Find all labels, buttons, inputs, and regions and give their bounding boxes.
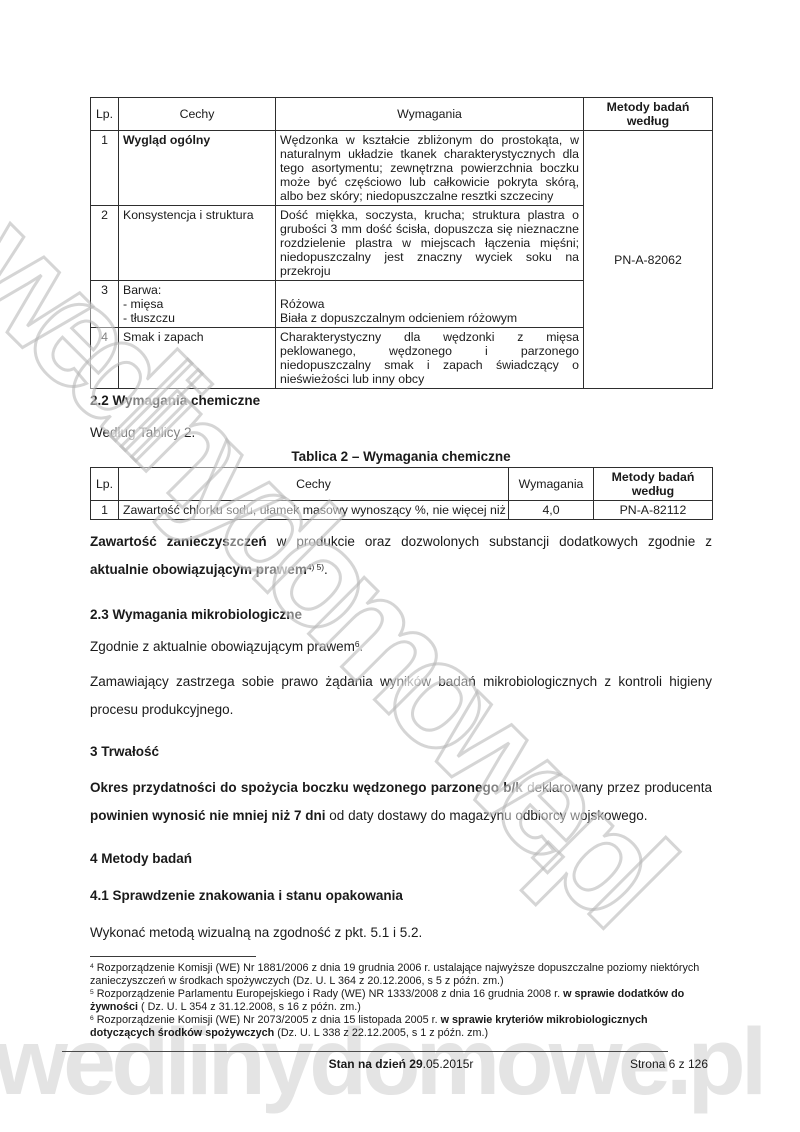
table1-row4-wymagania: Charakterystyczny dla wędzonki z mięsa p… — [276, 328, 584, 389]
table1-header-row: Lp. Cechy Wymagania Metody badań według — [91, 98, 713, 131]
heading-4: 4 Metody badań — [90, 851, 712, 866]
footnote-separator — [90, 956, 256, 957]
table1-header-wymagania: Wymagania — [276, 98, 584, 131]
heading-3: 3 Trwałość — [90, 744, 712, 759]
heading-4-1: 4.1 Sprawdzenie znakowania i stanu opako… — [90, 888, 712, 903]
heading-2-3: 2.3 Wymagania mikrobiologiczne — [90, 607, 712, 622]
requirements-table-2: Lp. Cechy Wymagania Metody badań według … — [90, 467, 713, 520]
table2-caption: Tablica 2 – Wymagania chemiczne — [90, 449, 712, 464]
table2-row1-cechy: Zawartość chlorku sodu, ułamek masowy wy… — [119, 501, 509, 520]
paragraph-zawartosc: Zawartość zanieczyszczeń w produkcie ora… — [90, 528, 712, 584]
table1-row2-cechy: Konsystencja i struktura — [119, 206, 276, 281]
table1-header-cechy: Cechy — [119, 98, 276, 131]
footer-status-date: Stan na dzień 29.05.2015r — [90, 1057, 712, 1071]
table2-header-wymagania: Wymagania — [509, 468, 594, 501]
footer-page-number: Strona 6 z 126 — [630, 1057, 708, 1071]
table2-header-cechy: Cechy — [119, 468, 509, 501]
paragraph-zgodnie: Zgodnie z aktualnie obowiązującym prawem… — [90, 639, 712, 654]
wedlug-tablicy-line: Według Tablicy 2. — [90, 425, 712, 440]
table2-row-1: 1 Zawartość chlorku sodu, ułamek masowy … — [91, 501, 713, 520]
footer-rule — [62, 1051, 668, 1052]
footnote-5: 5 Rozporządzenie Parlamentu Europejskieg… — [90, 988, 712, 1014]
footnote-6: 6 Rozporządzenie Komisji (WE) Nr 2073/20… — [90, 1014, 712, 1040]
table2-row1-metody: PN-A-82112 — [594, 501, 713, 520]
table1-header-lp: Lp. — [91, 98, 119, 131]
table1-row3-cechy: Barwa: - mięsa - tłuszczu — [119, 281, 276, 328]
requirements-table-1: Lp. Cechy Wymagania Metody badań według … — [90, 97, 713, 389]
paragraph-wykonac: Wykonać metodą wizualną na zgodność z pk… — [90, 925, 712, 940]
table1-row3-wymagania: Różowa Biała z dopuszczalnym odcieniem r… — [276, 281, 584, 328]
table1-row1-wymagania: Wędzonka w kształcie zbliżonym do prosto… — [276, 131, 584, 206]
heading-2-2: 2.2 Wymagania chemiczne — [90, 393, 712, 408]
footnote-4: 4 Rozporządzenie Komisji (WE) Nr 1881/20… — [90, 962, 712, 988]
table1-row2-lp: 2 — [91, 206, 119, 281]
table1-row1-lp: 1 — [91, 131, 119, 206]
paragraph-okres: Okres przydatności do spożycia boczku wę… — [90, 774, 712, 830]
table2-header-metody: Metody badań według — [594, 468, 713, 501]
table1-header-metody: Metody badań według — [584, 98, 713, 131]
table2-row1-lp: 1 — [91, 501, 119, 520]
table1-row2-wymagania: Dość miękka, soczysta, krucha; struktura… — [276, 206, 584, 281]
table1-row1-cechy: Wygląd ogólny — [119, 131, 276, 206]
document-page: wedlinydomowe.pl Lp. Cechy Wymagania Met… — [0, 0, 800, 1132]
footnotes-block: 4 Rozporządzenie Komisji (WE) Nr 1881/20… — [90, 962, 712, 1040]
paragraph-zamawiajacy: Zamawiający zastrzega sobie prawo żądani… — [90, 668, 712, 724]
content-layer: Lp. Cechy Wymagania Metody badań według … — [0, 0, 800, 1132]
table1-row4-lp: 4 — [91, 328, 119, 389]
table2-row1-wymagania: 4,0 — [509, 501, 594, 520]
table1-row-1: 1 Wygląd ogólny Wędzonka w kształcie zbl… — [91, 131, 713, 206]
table1-row4-cechy: Smak i zapach — [119, 328, 276, 389]
table1-row3-lp: 3 — [91, 281, 119, 328]
table1-metody-merged-cell: PN-A-82062 — [584, 131, 713, 389]
footer: Stan na dzień 29.05.2015r Strona 6 z 126 — [90, 1057, 712, 1071]
table2-header-row: Lp. Cechy Wymagania Metody badań według — [91, 468, 713, 501]
table2-header-lp: Lp. — [91, 468, 119, 501]
